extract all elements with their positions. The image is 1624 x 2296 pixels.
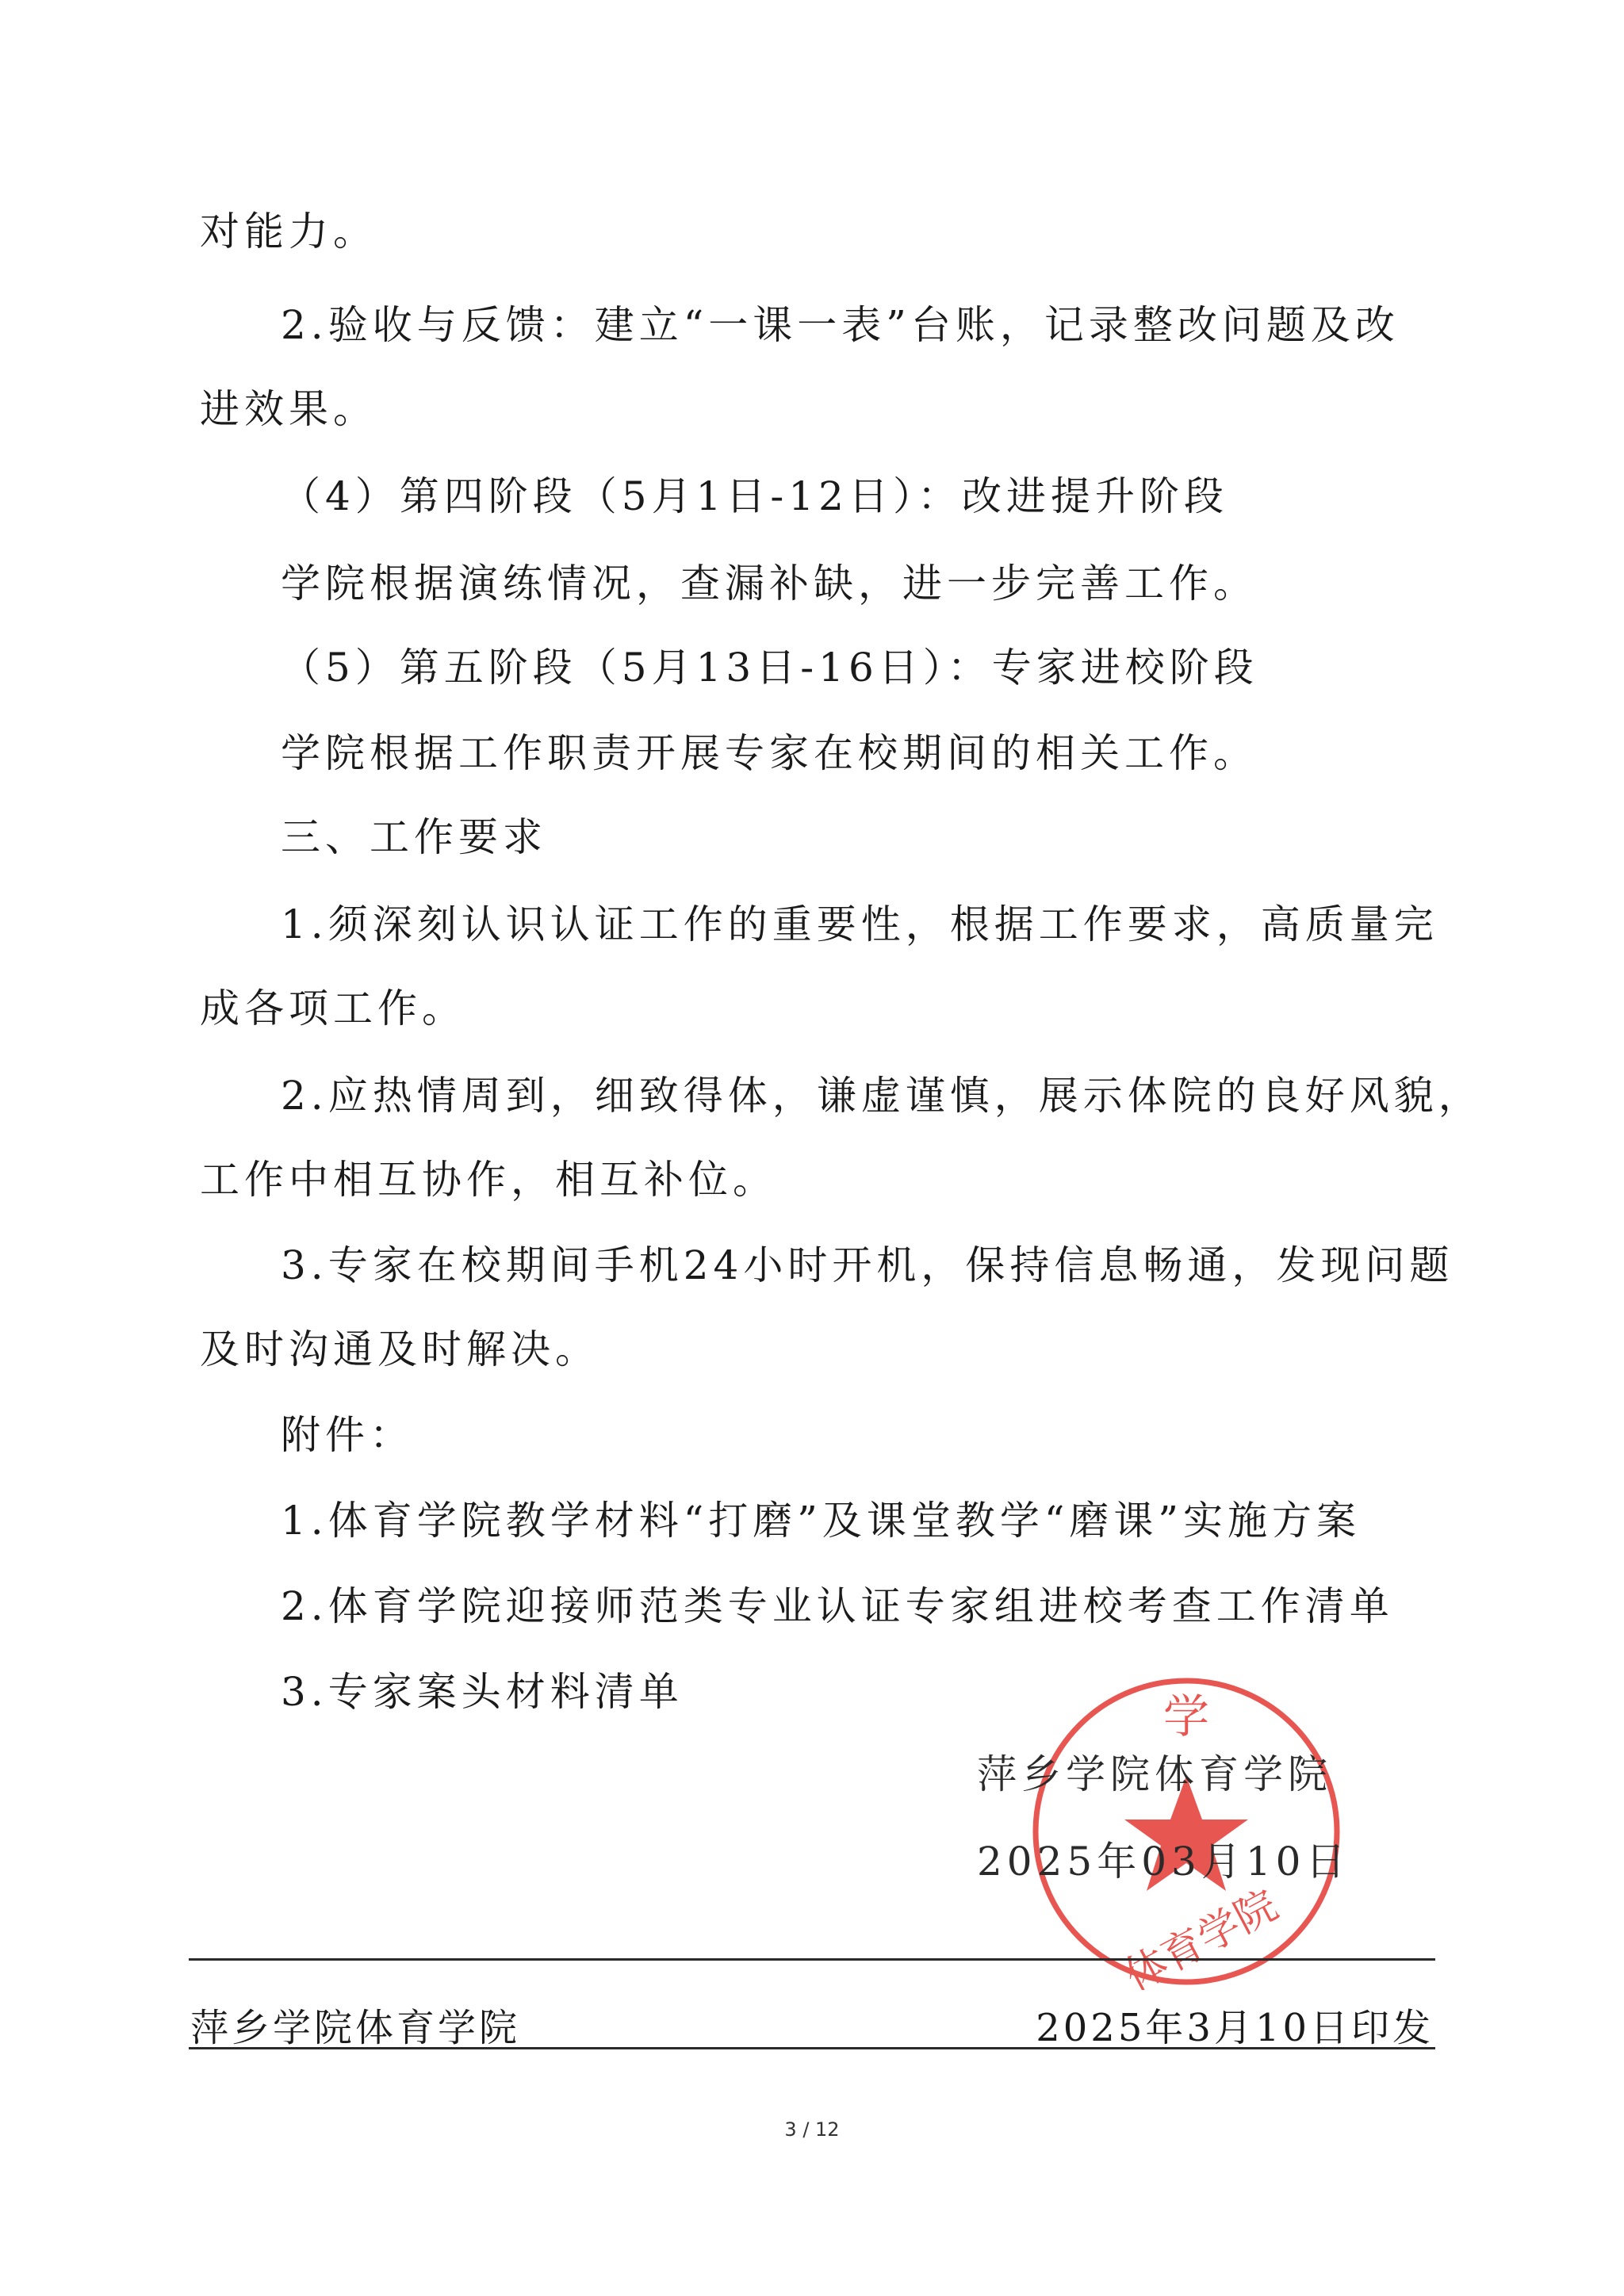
- section-heading-requirements: 三、工作要求: [281, 813, 547, 861]
- paragraph-acceptance-feedback: 2.验收与反馈：建立“一课一表”台账，记录整改问题及改: [281, 301, 1400, 349]
- svg-text:体育学院: 体育学院: [1117, 1881, 1285, 1990]
- requirement-3-continuation: 及时沟通及时解决。: [200, 1326, 599, 1373]
- attachment-item-1: 1.体育学院教学材料“打磨”及课堂教学“磨课”实施方案: [281, 1497, 1361, 1544]
- svg-text:学: 学: [1163, 1689, 1209, 1743]
- requirement-1-continuation: 成各项工作。: [200, 985, 466, 1032]
- requirement-3: 3.专家在校期间手机24小时开机，保持信息畅通，发现问题: [281, 1242, 1454, 1289]
- requirement-2: 2.应热情周到，细致得体，谦虚谨慎，展示体院的良好风貌，: [281, 1072, 1483, 1119]
- footer-bottom-rule: [189, 2047, 1435, 2049]
- footer-issued-date: 2025年3月10日印发: [1036, 2006, 1434, 2050]
- stage-four-body: 学院根据演练情况，查漏补缺，进一步完善工作。: [281, 560, 1258, 607]
- footer-issuer: 萍乡学院体育学院: [190, 2006, 520, 2050]
- requirement-1: 1.须深刻认识认证工作的重要性，根据工作要求，高质量完: [281, 901, 1438, 948]
- attachments-label: 附件：: [281, 1411, 414, 1459]
- stage-five-heading: （5）第五阶段（5月13日-16日）：专家进校阶段: [281, 644, 1258, 691]
- requirement-2-continuation: 工作中相互协作，相互补位。: [200, 1156, 777, 1203]
- stage-four-heading: （4）第四阶段（5月1日-12日）：改进提升阶段: [281, 473, 1228, 520]
- signature-date: 2025年03月10日: [977, 1838, 1350, 1885]
- attachment-item-3: 3.专家案头材料清单: [281, 1668, 684, 1716]
- signature-organization: 萍乡学院体育学院: [977, 1751, 1332, 1798]
- footer-top-rule: [189, 1958, 1435, 1961]
- stage-five-body: 学院根据工作职责开展专家在校期间的相关工作。: [281, 729, 1258, 777]
- official-seal-icon: 学 体育学院: [1028, 1673, 1345, 1990]
- attachment-item-2: 2.体育学院迎接师范类专业认证专家组进校考查工作清单: [281, 1582, 1394, 1630]
- paragraph-continuation: 对能力。: [200, 208, 377, 255]
- page-indicator: 3 / 12: [0, 2118, 1624, 2141]
- paragraph-continuation: 进效果。: [200, 385, 377, 433]
